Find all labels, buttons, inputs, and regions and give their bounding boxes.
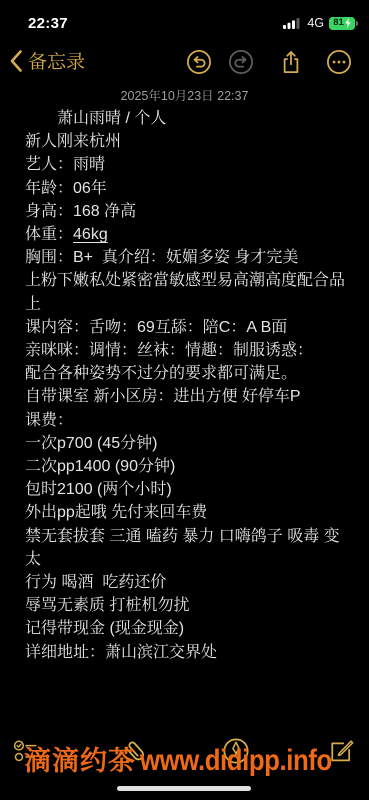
note-line: 配合各种姿势不过分的要求都可满足。 bbox=[25, 362, 355, 385]
note-line: 辱骂无素质 打桩机勿扰 bbox=[25, 594, 355, 617]
note-line: 年龄：06年 bbox=[25, 177, 355, 200]
note-line: 自带课室 新小区房：进出方便 好停车P bbox=[25, 385, 355, 408]
signal-bars-icon bbox=[283, 17, 302, 29]
note-text-segment: 禁无套拔套 三通 嗑药 暴力 口嗨鸽子 吸毒 变太 bbox=[25, 528, 340, 568]
note-text-segment: 二次pp1400 (90分钟) bbox=[25, 458, 175, 475]
chevron-left-icon bbox=[10, 50, 22, 72]
watermark-url: www.didipp.info bbox=[140, 739, 332, 783]
note-text-segment: 一次p700 (45分钟) bbox=[25, 435, 158, 452]
note-text-segment: 上粉下嫩私处紧密當敏感型易高潮高度配合品上 bbox=[25, 272, 345, 312]
status-right-cluster: 4G 81 bbox=[283, 16, 355, 30]
more-icon bbox=[326, 49, 352, 75]
note-text-segment: 配合各种姿势不过分的要求都可满足。 bbox=[25, 365, 297, 382]
note-text-segment: 年龄：06年 bbox=[25, 180, 107, 197]
share-button[interactable] bbox=[278, 49, 304, 75]
undo-icon bbox=[186, 49, 212, 75]
redo-button[interactable] bbox=[228, 49, 254, 75]
note-body: 新人刚来杭州艺人：雨晴年龄：06年身高：168 净高体重：46kg胸围：B+ 真… bbox=[25, 130, 355, 664]
note-text-segment: 胸围：B+ 真介绍：妩媚多姿 身才完美 bbox=[25, 249, 298, 266]
battery-charging-icon: 81 bbox=[329, 17, 355, 30]
note-text-segment: 课费： bbox=[25, 412, 73, 429]
redo-icon bbox=[228, 49, 254, 75]
undo-button[interactable] bbox=[186, 49, 212, 75]
notes-app-screen: 22:37 4G 81 bbox=[0, 0, 369, 800]
note-editor[interactable]: 萧山雨晴 / 个人 新人刚来杭州艺人：雨晴年龄：06年身高：168 净高体重：4… bbox=[0, 104, 369, 730]
note-line: 胸围：B+ 真介绍：妩媚多姿 身才完美 bbox=[25, 246, 355, 269]
watermark-site-name: 滴滴约茶 bbox=[24, 746, 136, 776]
note-line: 禁无套拔套 三通 嗑药 暴力 口嗨鸽子 吸毒 变太 bbox=[25, 525, 355, 571]
note-line: 身高：168 净高 bbox=[25, 200, 355, 223]
note-line: 课内容：舌吻：69互舔：陪C：A B面 bbox=[25, 316, 355, 339]
back-label: 备忘录 bbox=[28, 47, 85, 74]
note-text-segment: 辱骂无素质 打桩机勿扰 bbox=[25, 597, 189, 614]
watermark: 滴滴约茶www.didipp.info bbox=[24, 739, 363, 788]
lightning-bolt-icon bbox=[345, 18, 351, 28]
note-text-segment: 行为 喝酒 吃药还价 bbox=[25, 574, 166, 591]
note-line: 包时2100 (两个小时) bbox=[25, 478, 355, 501]
nav-bar: 备忘录 bbox=[0, 40, 369, 84]
note-line: 体重：46kg bbox=[25, 223, 355, 246]
note-line: 记得带现金 (现金现金) bbox=[25, 617, 355, 640]
note-text-segment: 详细地址：萧山滨江交界处 bbox=[25, 644, 217, 661]
note-text-segment: 艺人：雨晴 bbox=[25, 156, 105, 173]
battery-cap bbox=[356, 21, 358, 26]
note-date: 2025年10月23日 22:37 bbox=[0, 86, 369, 104]
note-text-segment: 体重： bbox=[25, 226, 73, 243]
battery-percent: 81 bbox=[333, 18, 344, 28]
note-text-segment: 课内容：舌吻：69互舔：陪C：A B面 bbox=[25, 319, 287, 336]
note-line: 艺人：雨晴 bbox=[25, 153, 355, 176]
home-indicator[interactable] bbox=[117, 786, 251, 791]
note-text-segment: 包时2100 (两个小时) bbox=[25, 481, 172, 498]
status-bar: 22:37 4G 81 bbox=[0, 0, 369, 40]
network-label: 4G bbox=[307, 16, 324, 30]
note-text-segment: 亲咪咪：调情：丝袜：情趣：制服诱惑： bbox=[25, 342, 313, 359]
note-text-segment: 新人刚来杭州 bbox=[25, 133, 121, 150]
note-line: 亲咪咪：调情：丝袜：情趣：制服诱惑： bbox=[25, 339, 355, 362]
more-button[interactable] bbox=[326, 49, 352, 75]
note-line: 课费： bbox=[25, 409, 355, 432]
note-line: 新人刚来杭州 bbox=[25, 130, 355, 153]
note-line: 一次p700 (45分钟) bbox=[25, 432, 355, 455]
note-text-segment: 自带课室 新小区房：进出方便 好停车P bbox=[25, 388, 301, 405]
note-title: 萧山雨晴 / 个人 bbox=[57, 107, 355, 130]
note-line: 二次pp1400 (90分钟) bbox=[25, 455, 355, 478]
note-text-segment: 身高：168 净高 bbox=[25, 203, 136, 220]
note-text-segment: 46kg bbox=[73, 226, 108, 243]
note-line: 行为 喝酒 吃药还价 bbox=[25, 571, 355, 594]
note-text-segment: 记得带现金 (现金现金) bbox=[25, 620, 184, 637]
note-line: 详细地址：萧山滨江交界处 bbox=[25, 641, 355, 664]
share-icon bbox=[278, 49, 304, 75]
back-button[interactable]: 备忘录 bbox=[10, 47, 85, 74]
note-text-segment: 外出pp起哦 先付来回车费 bbox=[25, 504, 207, 521]
note-line: 外出pp起哦 先付来回车费 bbox=[25, 501, 355, 524]
note-line: 上粉下嫩私处紧密當敏感型易高潮高度配合品上 bbox=[25, 269, 355, 315]
status-time: 22:37 bbox=[28, 15, 68, 32]
